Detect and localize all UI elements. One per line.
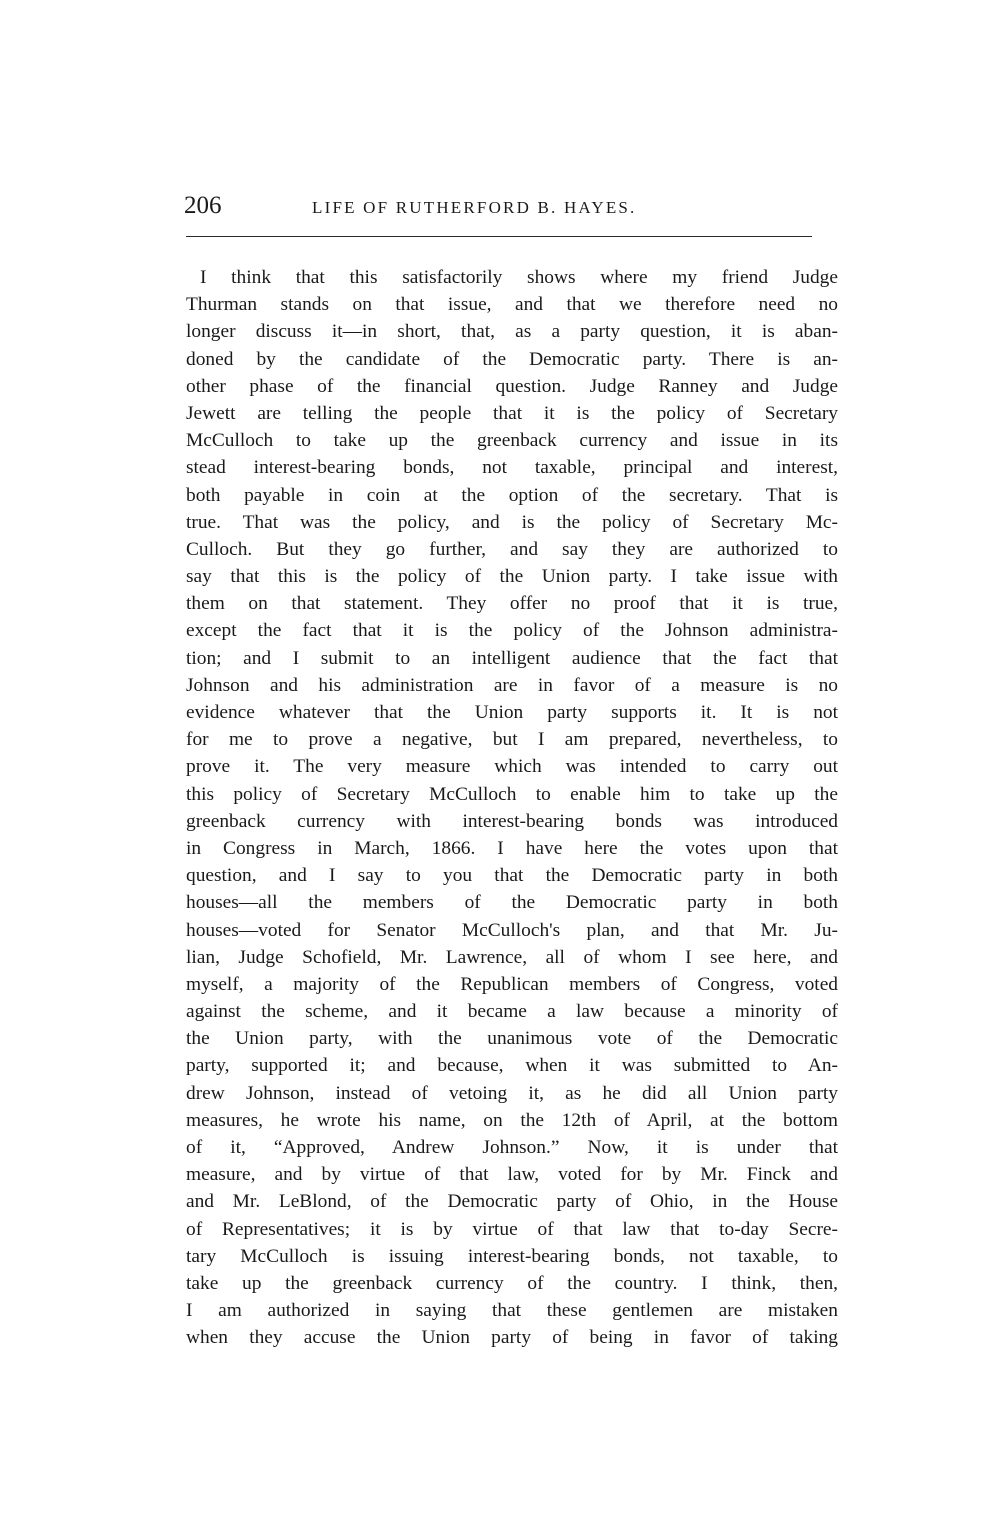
text-line: other phase of the financial question. J… [186,373,838,400]
text-line: drew Johnson, instead of vetoing it, as … [186,1080,838,1107]
text-line: tion; and I submit to an intelligent aud… [186,645,838,672]
text-line: of Representatives; it is by virtue of t… [186,1216,838,1243]
text-line: greenback currency with interest-bearing… [186,808,838,835]
text-line: question, and I say to you that the Demo… [186,862,838,889]
text-line: them on that statement. They offer no pr… [186,590,838,617]
text-line: take up the greenback currency of the co… [186,1270,838,1297]
text-line: measures, he wrote his name, on the 12th… [186,1107,838,1134]
text-line: longer discuss it—in short, that, as a p… [186,318,838,345]
text-line: and Mr. LeBlond, of the Democratic party… [186,1188,838,1215]
text-line: this policy of Secretary McCulloch to en… [186,781,838,808]
text-line: stead interest-bearing bonds, not taxabl… [186,454,838,481]
text-line: tary McCulloch is issuing interest-beari… [186,1243,838,1270]
running-head: 206 LIFE OF RUTHERFORD B. HAYES. [186,190,838,226]
text-line: houses—voted for Senator McCulloch's pla… [186,917,838,944]
text-line: McCulloch to take up the greenback curre… [186,427,838,454]
text-line: true. That was the policy, and is the po… [186,509,838,536]
header-rule [186,236,812,237]
text-line: in Congress in March, 1866. I have here … [186,835,838,862]
text-line: prove it. The very measure which was int… [186,753,838,780]
text-line: party, supported it; and because, when i… [186,1052,838,1079]
page-number: 206 [184,192,222,220]
text-line: both payable in coin at the option of th… [186,482,838,509]
text-line: the Union party, with the unanimous vote… [186,1025,838,1052]
text-line: except the fact that it is the policy of… [186,617,838,644]
book-page: 206 LIFE OF RUTHERFORD B. HAYES. I think… [186,190,838,226]
text-line: for me to prove a negative, but I am pre… [186,726,838,753]
text-line: houses—all the members of the Democratic… [186,889,838,916]
text-line: Culloch. But they go further, and say th… [186,536,838,563]
running-head-title: LIFE OF RUTHERFORD B. HAYES. [312,198,637,218]
text-line: lian, Judge Schofield, Mr. Lawrence, all… [186,944,838,971]
text-line: say that this is the policy of the Union… [186,563,838,590]
text-line: measure, and by virtue of that law, vote… [186,1161,838,1188]
text-line: of it, “Approved, Andrew Johnson.” Now, … [186,1134,838,1161]
text-line: against the scheme, and it became a law … [186,998,838,1025]
text-line: I am authorized in saying that these gen… [186,1297,838,1324]
text-line: Jewett are telling the people that it is… [186,400,838,427]
text-line: Johnson and his administration are in fa… [186,672,838,699]
text-line: evidence whatever that the Union party s… [186,699,838,726]
text-line: myself, a majority of the Republican mem… [186,971,838,998]
body-paragraph: I think that this satisfactorily shows w… [186,264,838,1352]
text-line: Thurman stands on that issue, and that w… [186,291,838,318]
text-line: I think that this satisfactorily shows w… [186,264,838,291]
text-line: when they accuse the Union party of bein… [186,1324,838,1351]
text-line: doned by the candidate of the Democratic… [186,346,838,373]
